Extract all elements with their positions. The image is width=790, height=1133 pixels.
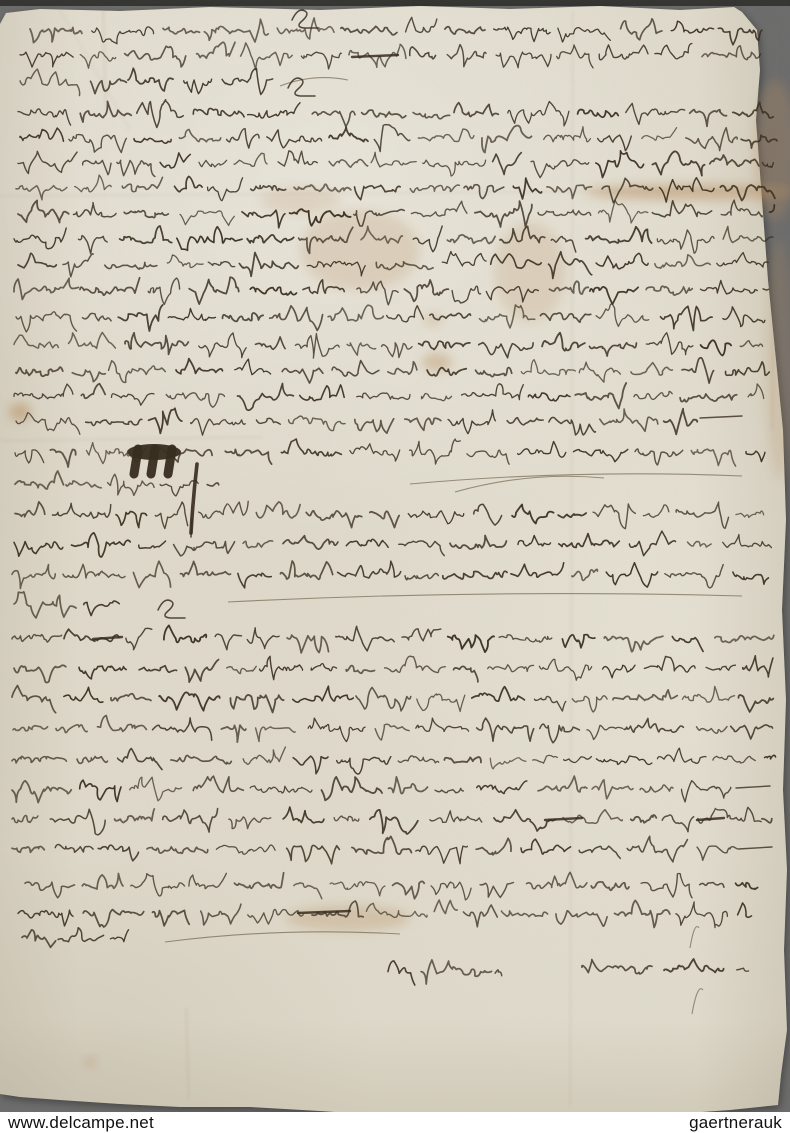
letter-paper [0, 0, 790, 1120]
watermark-left: www.delcampe.net [8, 1112, 154, 1133]
letter-photo [0, 0, 790, 1120]
watermark-right: gaertnerauk [689, 1112, 782, 1133]
watermark-bar: www.delcampe.net gaertnerauk [0, 1112, 790, 1133]
